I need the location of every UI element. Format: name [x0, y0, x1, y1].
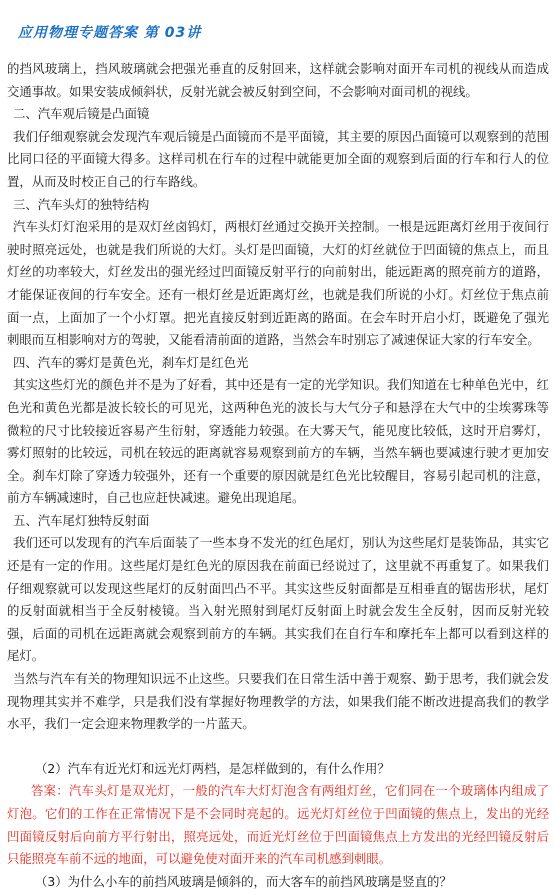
- section-heading-5: 五、汽车尾灯独特反射面: [7, 510, 549, 533]
- intro-paragraph: 的挡风玻璃上，挡风玻璃就会把强光垂直的反射回来，这样就会影响对面开车司机的视线从…: [7, 58, 549, 103]
- spacer: [7, 736, 549, 758]
- section-text-2: 我们仔细观察就会发现汽车观后镜是凸面镜而不是平面镜，其主要的原因凸面镜可以观察到…: [7, 126, 549, 194]
- section-text-3: 汽车头灯灯泡采用的是双灯丝卤钨灯，两根灯丝通过交换开关控制。一根是远距离灯丝用于…: [7, 216, 549, 352]
- conclusion-paragraph: 当然与汽车有关的物理知识远不止这些。只要我们在日常生活中善于观察、勤于思考，我们…: [7, 668, 549, 736]
- section-heading-3: 三、汽车头灯的独特结构: [7, 194, 549, 217]
- section-heading-2: 二、汽车观后镜是凸面镜: [7, 103, 549, 126]
- section-text-5: 我们还可以发现有的汽车后面装了一些本身不发光的红色尾灯，别认为这些尾灯是装饰品，…: [7, 532, 549, 668]
- answer-2: 答案：汽车头灯是双光灯，一般的汽车大灯灯泡含有两组灯丝，它们同在一个玻璃体内组成…: [7, 780, 549, 870]
- section-text-4: 其实这些灯光的颜色并不是为了好看，其中还是有一定的光学知识。我们知道在七种单色光…: [7, 374, 549, 510]
- question-2: （2）汽车有近光灯和远光灯两档，是怎样做到的，有什么作用？: [7, 758, 549, 781]
- section-heading-4: 四、汽车的雾灯是黄色光，刹车灯是红色光: [7, 352, 549, 375]
- question-3: （3）为什么小车的前挡风玻璃是倾斜的，而大客车的前挡风玻璃是竖直的？: [7, 871, 549, 890]
- document-title: 应用物理专题答案 第 03讲: [18, 22, 201, 42]
- document-body: 的挡风玻璃上，挡风玻璃就会把强光垂直的反射回来，这样就会影响对面开车司机的视线从…: [7, 58, 549, 890]
